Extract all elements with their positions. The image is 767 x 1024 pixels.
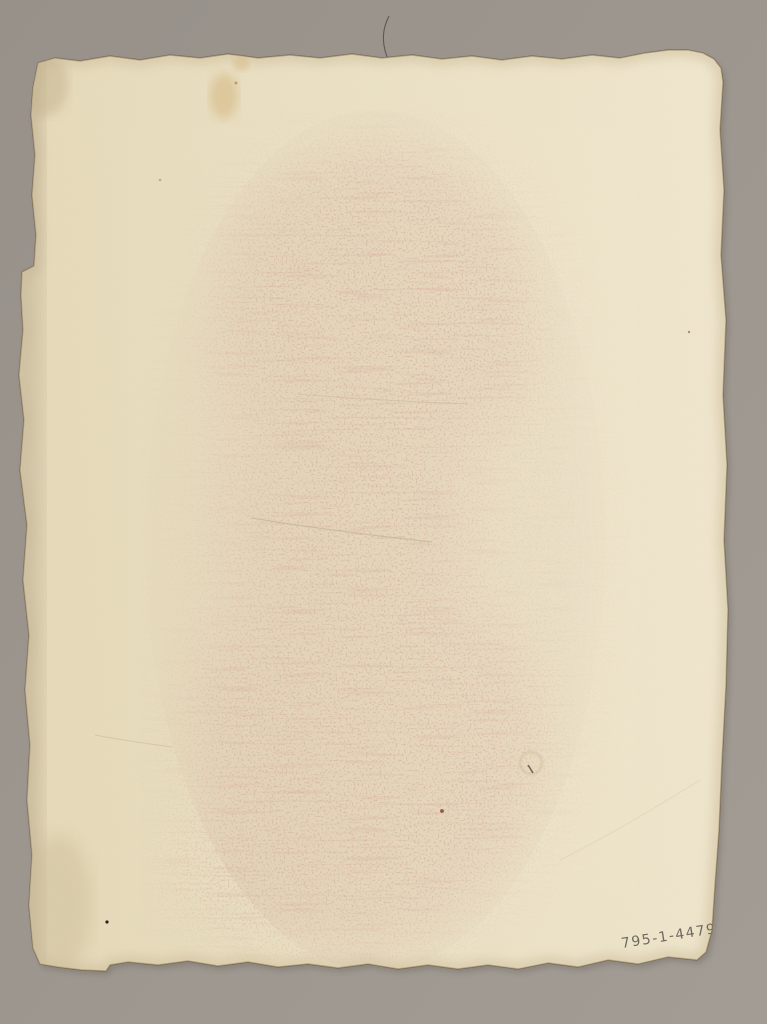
museum-photograph: 795-1-4479 [0,0,767,1024]
photograph-canvas: 795-1-4479 [0,0,767,1024]
offset-stain-band [140,110,630,970]
fly-speck [105,920,108,923]
foxing-stain-small [233,55,249,71]
foxing-stain-large [210,73,238,119]
fly-speck [440,809,444,813]
fly-speck [688,331,690,333]
fly-speck [235,82,238,85]
fly-speck [159,179,162,182]
